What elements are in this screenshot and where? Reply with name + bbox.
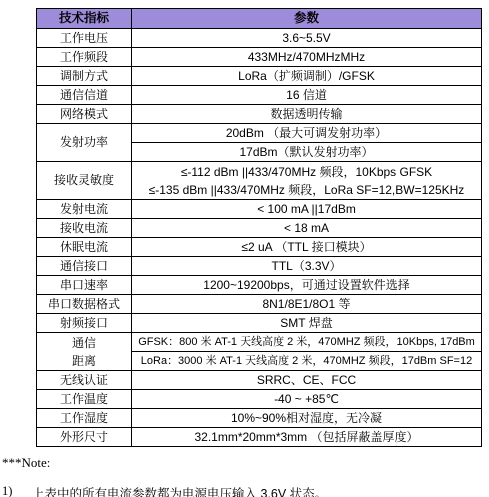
table-row-serial-format: 串口数据格式 8N1/8E1/8O1 等 — [37, 295, 482, 314]
rx-sensitivity-line1: ≤-112 dBm ||433/470MHz 频段，10Kbps GFSK — [134, 163, 479, 181]
row-label: 通信接口 — [37, 257, 132, 276]
note-title: ***Note: — [2, 455, 489, 471]
table-row-rx-current: 接收电流 < 18 mA — [37, 219, 482, 238]
row-label: 外形尺寸 — [37, 428, 132, 447]
table-row-comm-distance-1: 通信 距离 GFSK：800 米 AT-1 天线高度 2 米，470MHZ 频段… — [37, 333, 482, 352]
row-label: 串口数据格式 — [37, 295, 132, 314]
row-label: 调制方式 — [37, 67, 132, 86]
table-row-tx-power-1: 发射功率 20dBm （最大可调发射功率） — [37, 124, 482, 143]
notes-section: ***Note: 1) 上表中的所有电流参数都为电源电压输入 3.6V 状态。 — [2, 455, 489, 497]
row-value: -40 ~ +85℃ — [132, 390, 482, 409]
table-row-frequency: 工作频段 433MHz/470MHzMHz — [37, 48, 482, 67]
row-label: 网络模式 — [37, 105, 132, 124]
row-value: ≤2 uA （TTL 接口模块） — [132, 238, 482, 257]
table-row-tx-current: 发射电流 < 100 mA ||17dBm — [37, 200, 482, 219]
table-row-voltage: 工作电压 3.6~5.5V — [37, 29, 482, 48]
table-row-rx-sensitivity: 接收灵敏度 ≤-112 dBm ||433/470MHz 频段，10Kbps G… — [37, 162, 482, 200]
row-label: 串口速率 — [37, 276, 132, 295]
row-label: 工作电压 — [37, 29, 132, 48]
table-row-dimensions: 外形尺寸 32.1mm*20mm*3mm （包括屏蔽盖厚度） — [37, 428, 482, 447]
row-label: 通信信道 — [37, 86, 132, 105]
header-cell-parameter: 参数 — [132, 9, 482, 29]
row-label: 工作频段 — [37, 48, 132, 67]
row-label: 发射功率 — [37, 124, 132, 162]
row-value: 8N1/8E1/8O1 等 — [132, 295, 482, 314]
table-header-row: 技术指标 参数 — [37, 9, 482, 29]
row-value: 20dBm （最大可调发射功率） — [132, 124, 482, 143]
row-label: 无线认证 — [37, 371, 132, 390]
table-row-serial-rate: 串口速率 1200~19200bps，可通过设置软件选择 — [37, 276, 482, 295]
row-label: 接收灵敏度 — [37, 162, 132, 200]
table-row-temperature: 工作温度 -40 ~ +85℃ — [37, 390, 482, 409]
row-value: TTL（3.3V） — [132, 257, 482, 276]
row-label: 接收电流 — [37, 219, 132, 238]
row-value: SMT 焊盘 — [132, 314, 482, 333]
row-value: < 100 mA ||17dBm — [132, 200, 482, 219]
row-value: 数据透明传输 — [132, 105, 482, 124]
table-row-channels: 通信信道 16 信道 — [37, 86, 482, 105]
row-value: 10%~90%相对湿度，无冷凝 — [132, 409, 482, 428]
row-value: 1200~19200bps，可通过设置软件选择 — [132, 276, 482, 295]
table-row-sleep-current: 休眠电流 ≤2 uA （TTL 接口模块） — [37, 238, 482, 257]
table-row-comm-interface: 通信接口 TTL（3.3V） — [37, 257, 482, 276]
row-value: LoRa：3000 米 AT-1 天线高度 2 米，470MHZ 频段，17dB… — [132, 352, 482, 371]
table-row-certification: 无线认证 SRRC、CE、FCC — [37, 371, 482, 390]
row-label: 休眠电流 — [37, 238, 132, 257]
row-label: 工作温度 — [37, 390, 132, 409]
row-value: ≤-112 dBm ||433/470MHz 频段，10Kbps GFSK ≤-… — [132, 162, 482, 200]
table-row-modulation: 调制方式 LoRa（扩频调制）/GFSK — [37, 67, 482, 86]
note-item-text: 上表中的所有电流参数都为电源电压输入 3.6V 状态。 — [32, 484, 327, 497]
row-value: 17dBm（默认发射功率） — [132, 143, 482, 162]
table-row-humidity: 工作湿度 10%~90%相对湿度，无冷凝 — [37, 409, 482, 428]
table-row-network-mode: 网络模式 数据透明传输 — [37, 105, 482, 124]
spec-table: 技术指标 参数 工作电压 3.6~5.5V 工作频段 433MHz/470MHz… — [36, 8, 482, 447]
row-label: 发射电流 — [37, 200, 132, 219]
note-item: 1) 上表中的所有电流参数都为电源电压输入 3.6V 状态。 — [2, 484, 489, 497]
row-value: SRRC、CE、FCC — [132, 371, 482, 390]
row-label: 通信 距离 — [37, 333, 132, 371]
row-value: 32.1mm*20mm*3mm （包括屏蔽盖厚度） — [132, 428, 482, 447]
page: 技术指标 参数 工作电压 3.6~5.5V 工作频段 433MHz/470MHz… — [0, 8, 489, 497]
row-value: 16 信道 — [132, 86, 482, 105]
table-row-rf-interface: 射频接口 SMT 焊盘 — [37, 314, 482, 333]
row-value: GFSK：800 米 AT-1 天线高度 2 米，470MHZ 频段，10Kbp… — [132, 333, 482, 352]
rx-sensitivity-line2: ≤-135 dBm ||433/470MHz 频段，LoRa SF=12,BW=… — [134, 181, 479, 199]
row-label: 射频接口 — [37, 314, 132, 333]
row-label: 工作湿度 — [37, 409, 132, 428]
row-value: LoRa（扩频调制）/GFSK — [132, 67, 482, 86]
header-cell-indicator: 技术指标 — [37, 9, 132, 29]
row-value: 433MHz/470MHzMHz — [132, 48, 482, 67]
row-value: 3.6~5.5V — [132, 29, 482, 48]
row-value: < 18 mA — [132, 219, 482, 238]
note-item-number: 1) — [2, 484, 32, 497]
